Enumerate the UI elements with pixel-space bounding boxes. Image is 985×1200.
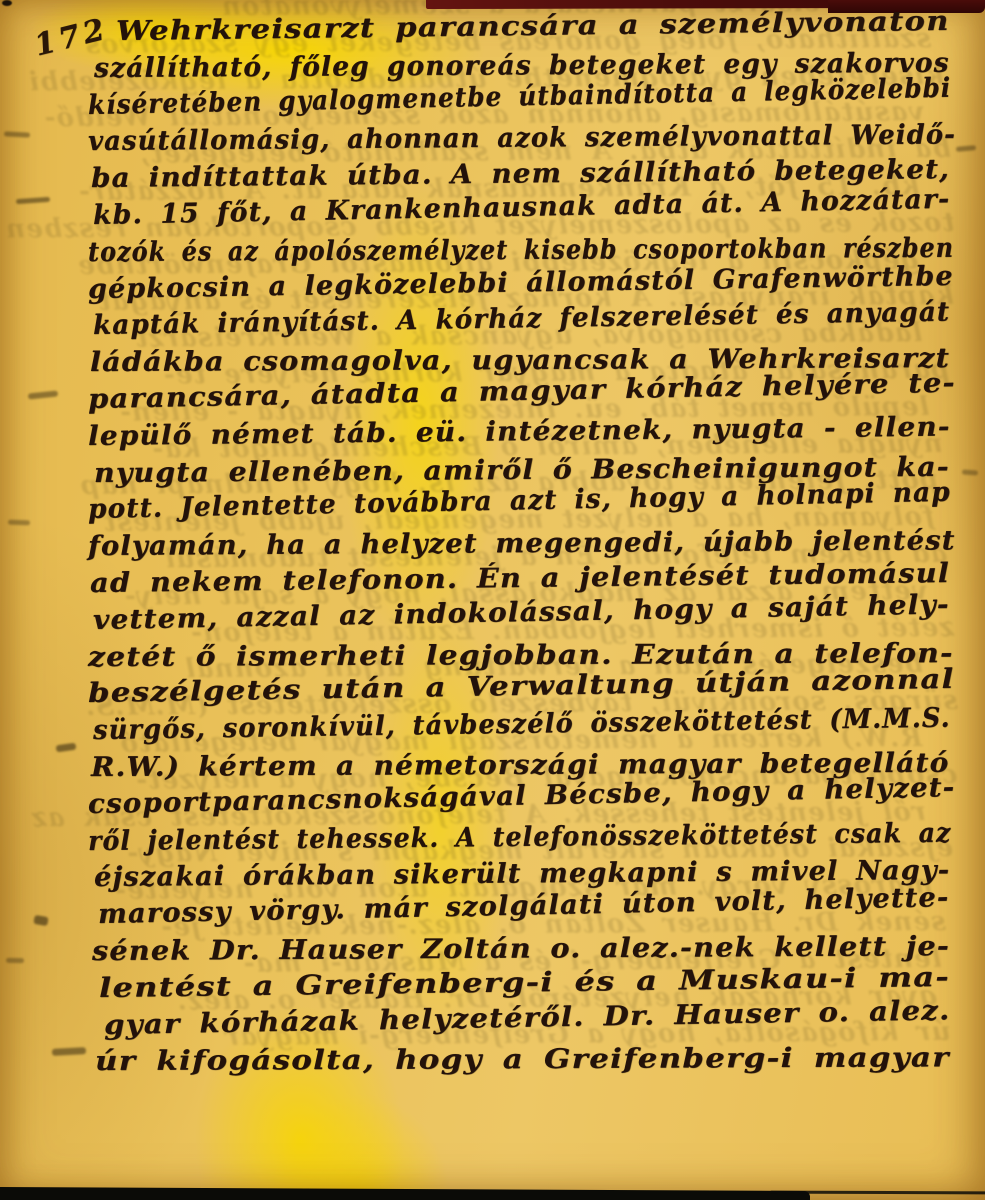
- ink-smudge: [56, 743, 77, 753]
- handwritten-line: lepülő német táb. eü. intézetnek, nyugta…: [88, 411, 951, 451]
- handwritten-text: Wehrkreisarzt parancsára a személyvonato…: [88, 16, 960, 1116]
- scan-corner-mark: [2, 0, 12, 6]
- ink-smudge: [52, 1047, 86, 1056]
- ink-smudge: [4, 131, 30, 137]
- handwritten-line: ről jelentést tehessek. A telefonösszekö…: [88, 817, 952, 856]
- ink-smudge: [28, 390, 58, 399]
- handwritten-line: folyamán, ha a helyzet megengedi, újabb …: [88, 525, 956, 562]
- ink-smudge: [8, 520, 30, 526]
- scan-edge-bottom: [0, 1187, 810, 1200]
- handwritten-line: sének Dr. Hauser Zoltán o. alez.-nek kel…: [92, 931, 950, 967]
- handwritten-line: úr kifogásolta, hogy a Greifenberg-i mag…: [95, 1043, 950, 1078]
- ink-smudge: [962, 469, 978, 475]
- handwritten-line: vasútállomásig, ahonnan azok személyvona…: [88, 120, 956, 158]
- manuscript-page: Wehrkreisarzt parancsára a személyvonato…: [0, 0, 985, 1200]
- ink-smudge: [6, 958, 24, 963]
- ink-smudge: [33, 915, 48, 926]
- ink-smudge: [16, 197, 50, 204]
- handwritten-line: Wehrkreisarzt parancsára a személyvonato…: [116, 6, 950, 47]
- handwritten-line: sürgős, soronkívül, távbeszélő összekött…: [92, 703, 950, 746]
- handwritten-line: kapták irányítást. A kórház felszerelésé…: [93, 297, 951, 341]
